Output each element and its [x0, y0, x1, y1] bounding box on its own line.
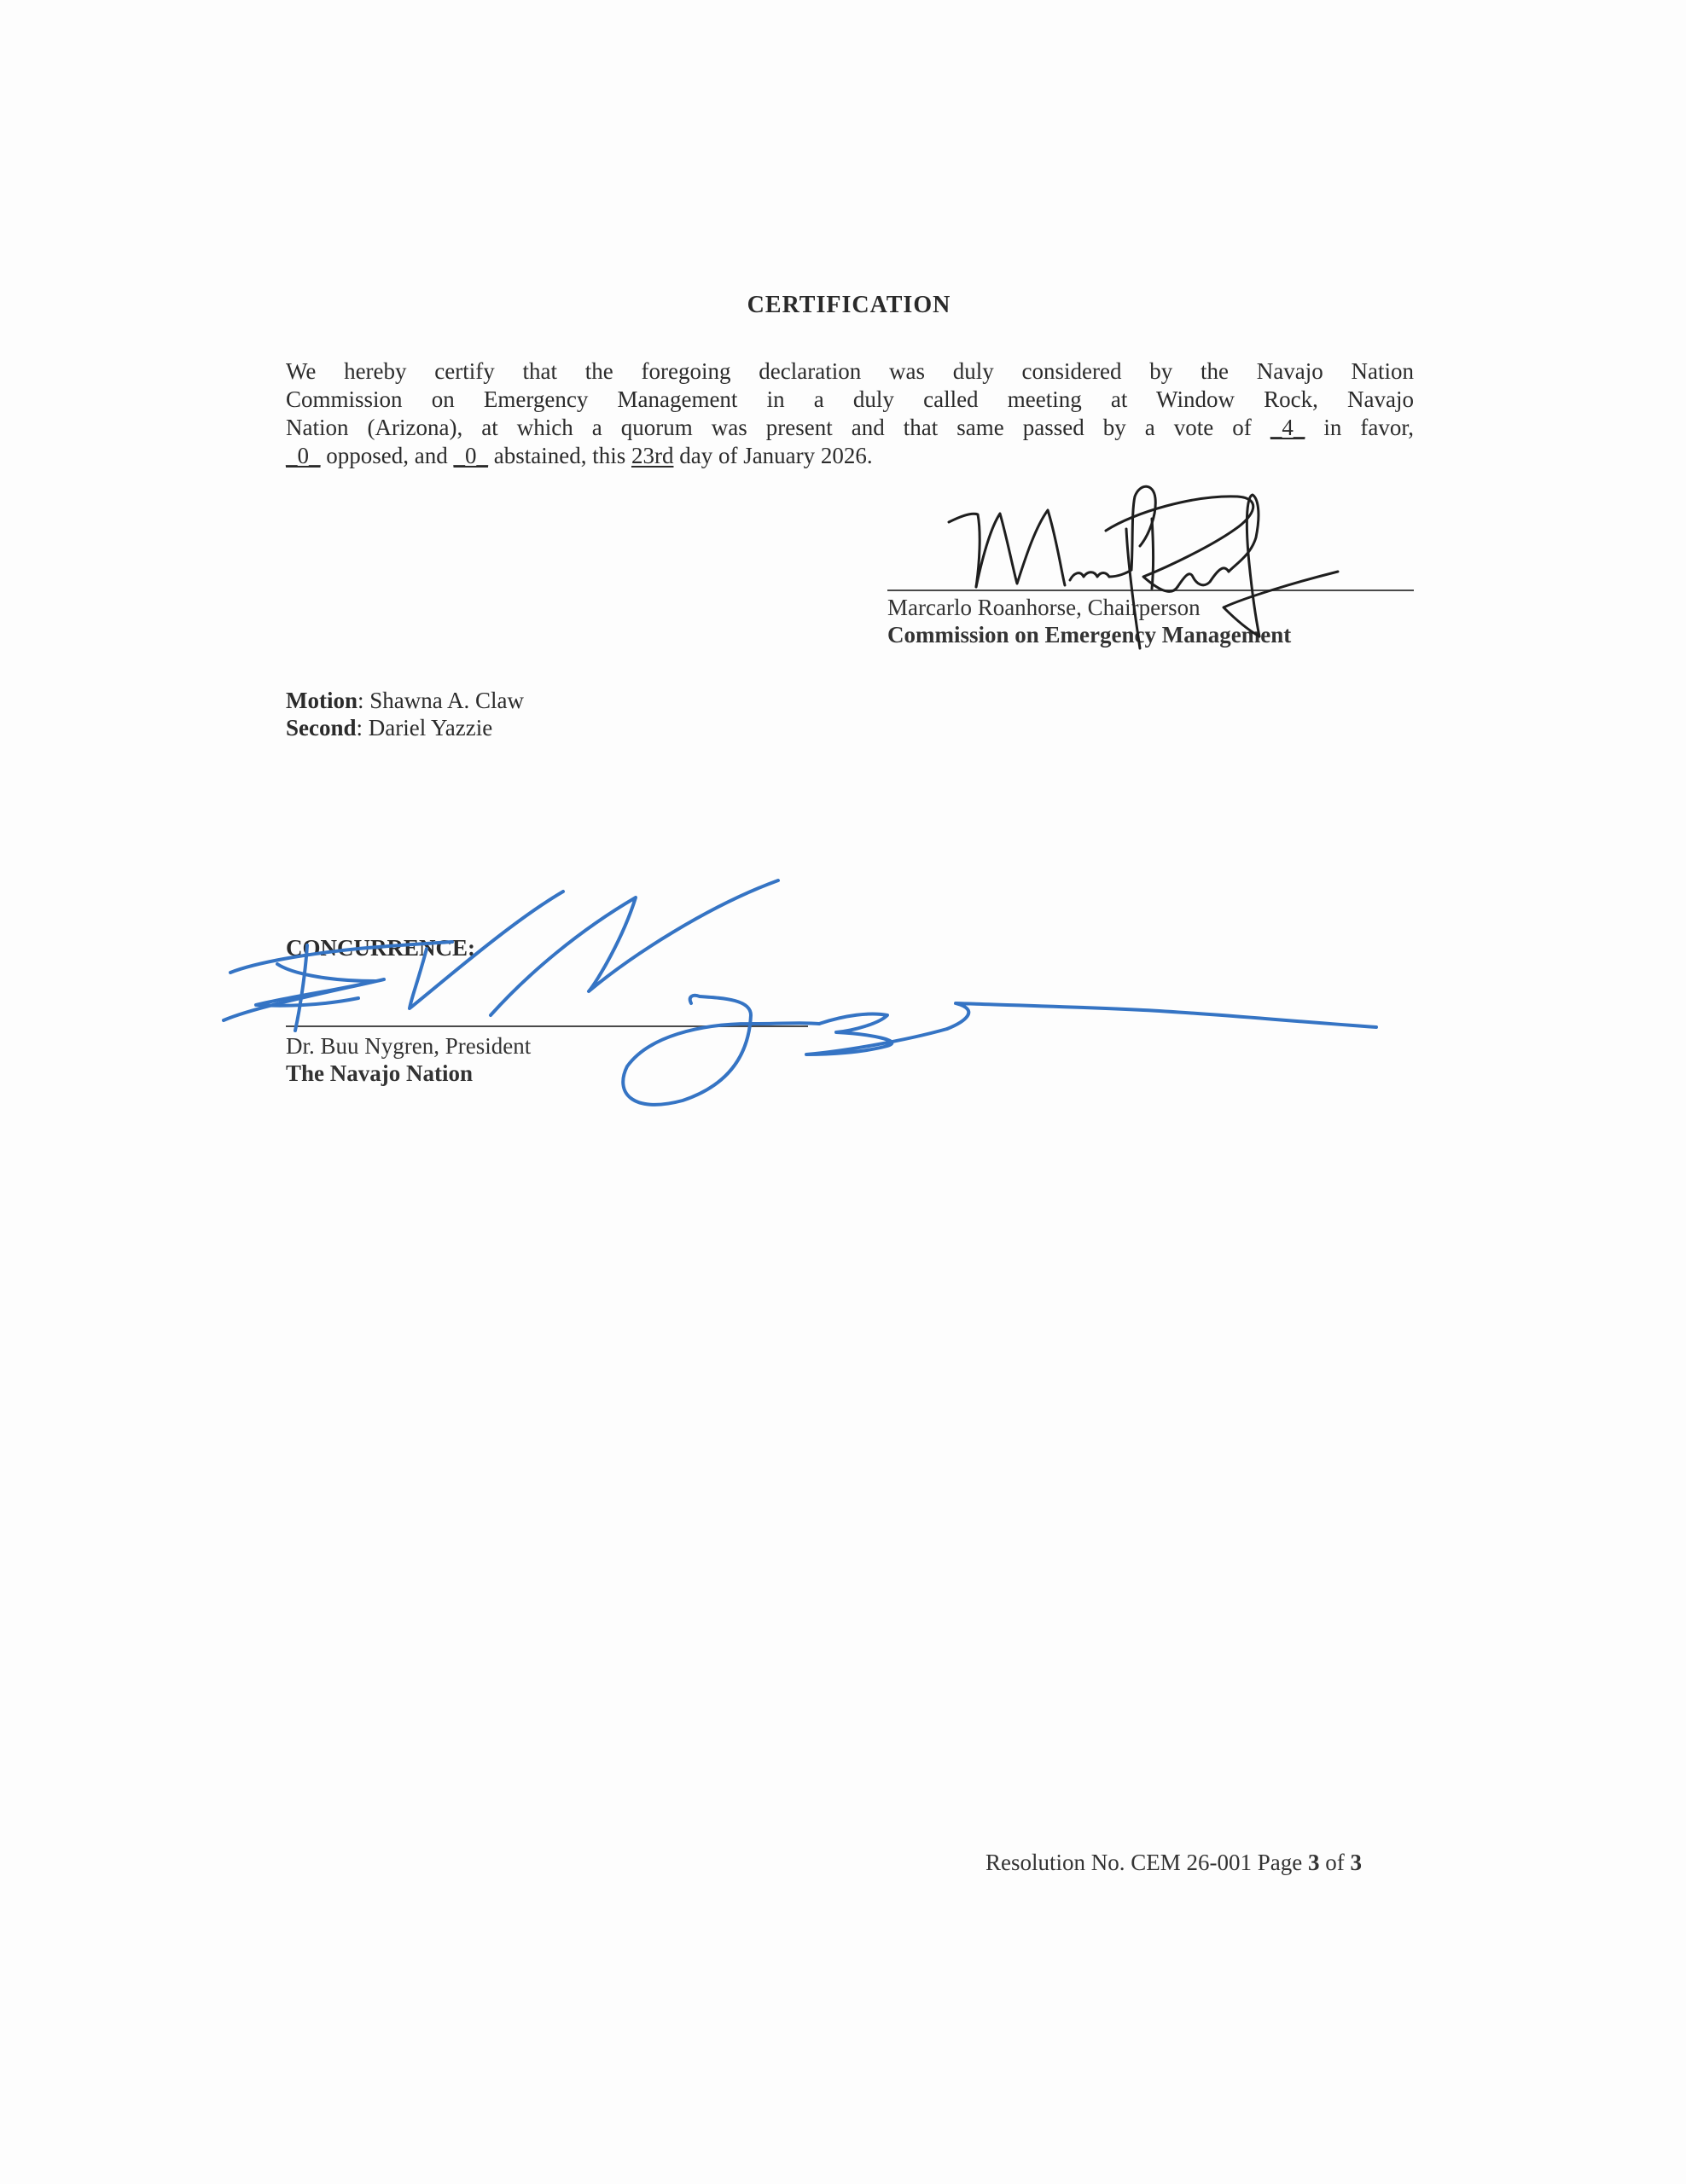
- paragraph-line-2: Commission on Emergency Management in a …: [286, 386, 1414, 414]
- president-organization: The Navajo Nation: [286, 1060, 473, 1087]
- signatures-overlay: [0, 0, 1686, 2184]
- second-label: Second: [286, 715, 357, 741]
- paragraph-text: opposed, and: [321, 443, 454, 468]
- votes-abstained: _0_: [453, 443, 488, 468]
- paragraph-text: day of January 2026.: [673, 443, 872, 468]
- chair-name-title: Marcarlo Roanhorse, Chairperson: [887, 595, 1201, 621]
- votes-opposed: _0_: [286, 443, 321, 468]
- paragraph-line-3: Nation (Arizona), at which a quorum was …: [286, 414, 1414, 442]
- document-title: CERTIFICATION: [0, 292, 1686, 319]
- paragraph-line-4: _0_ opposed, and _0_ abstained, this 23r…: [286, 442, 1414, 470]
- certification-day: 23rd: [631, 443, 674, 468]
- motion-value: : Shawna A. Claw: [358, 688, 524, 713]
- paragraph-line-1: We hereby certify that the foregoing dec…: [286, 357, 1414, 386]
- page-footer: Resolution No. CEM 26-001 Page 3 of 3: [985, 1850, 1362, 1876]
- second-value: : Dariel Yazzie: [357, 715, 493, 741]
- current-page: 3: [1308, 1850, 1320, 1875]
- resolution-number: Resolution No. CEM 26-001 Page: [985, 1850, 1308, 1875]
- paragraph-text: in favor,: [1305, 415, 1414, 440]
- second-line: Second: Dariel Yazzie: [286, 715, 492, 741]
- footer-of: of: [1320, 1850, 1351, 1875]
- chair-signature-line: [887, 590, 1414, 591]
- president-signature-line: [286, 1025, 808, 1027]
- paragraph-text: Nation (Arizona), at which a quorum was …: [286, 415, 1270, 440]
- certification-paragraph: We hereby certify that the foregoing dec…: [286, 357, 1414, 470]
- paragraph-text: abstained, this: [488, 443, 631, 468]
- chair-organization: Commission on Emergency Management: [887, 622, 1291, 648]
- votes-in-favor: _4_: [1270, 415, 1305, 440]
- total-pages: 3: [1351, 1850, 1363, 1875]
- motion-label: Motion: [286, 688, 358, 713]
- concurrence-heading: CONCURRENCE:: [286, 935, 475, 961]
- president-name-title: Dr. Buu Nygren, President: [286, 1033, 531, 1060]
- motion-line: Motion: Shawna A. Claw: [286, 688, 524, 714]
